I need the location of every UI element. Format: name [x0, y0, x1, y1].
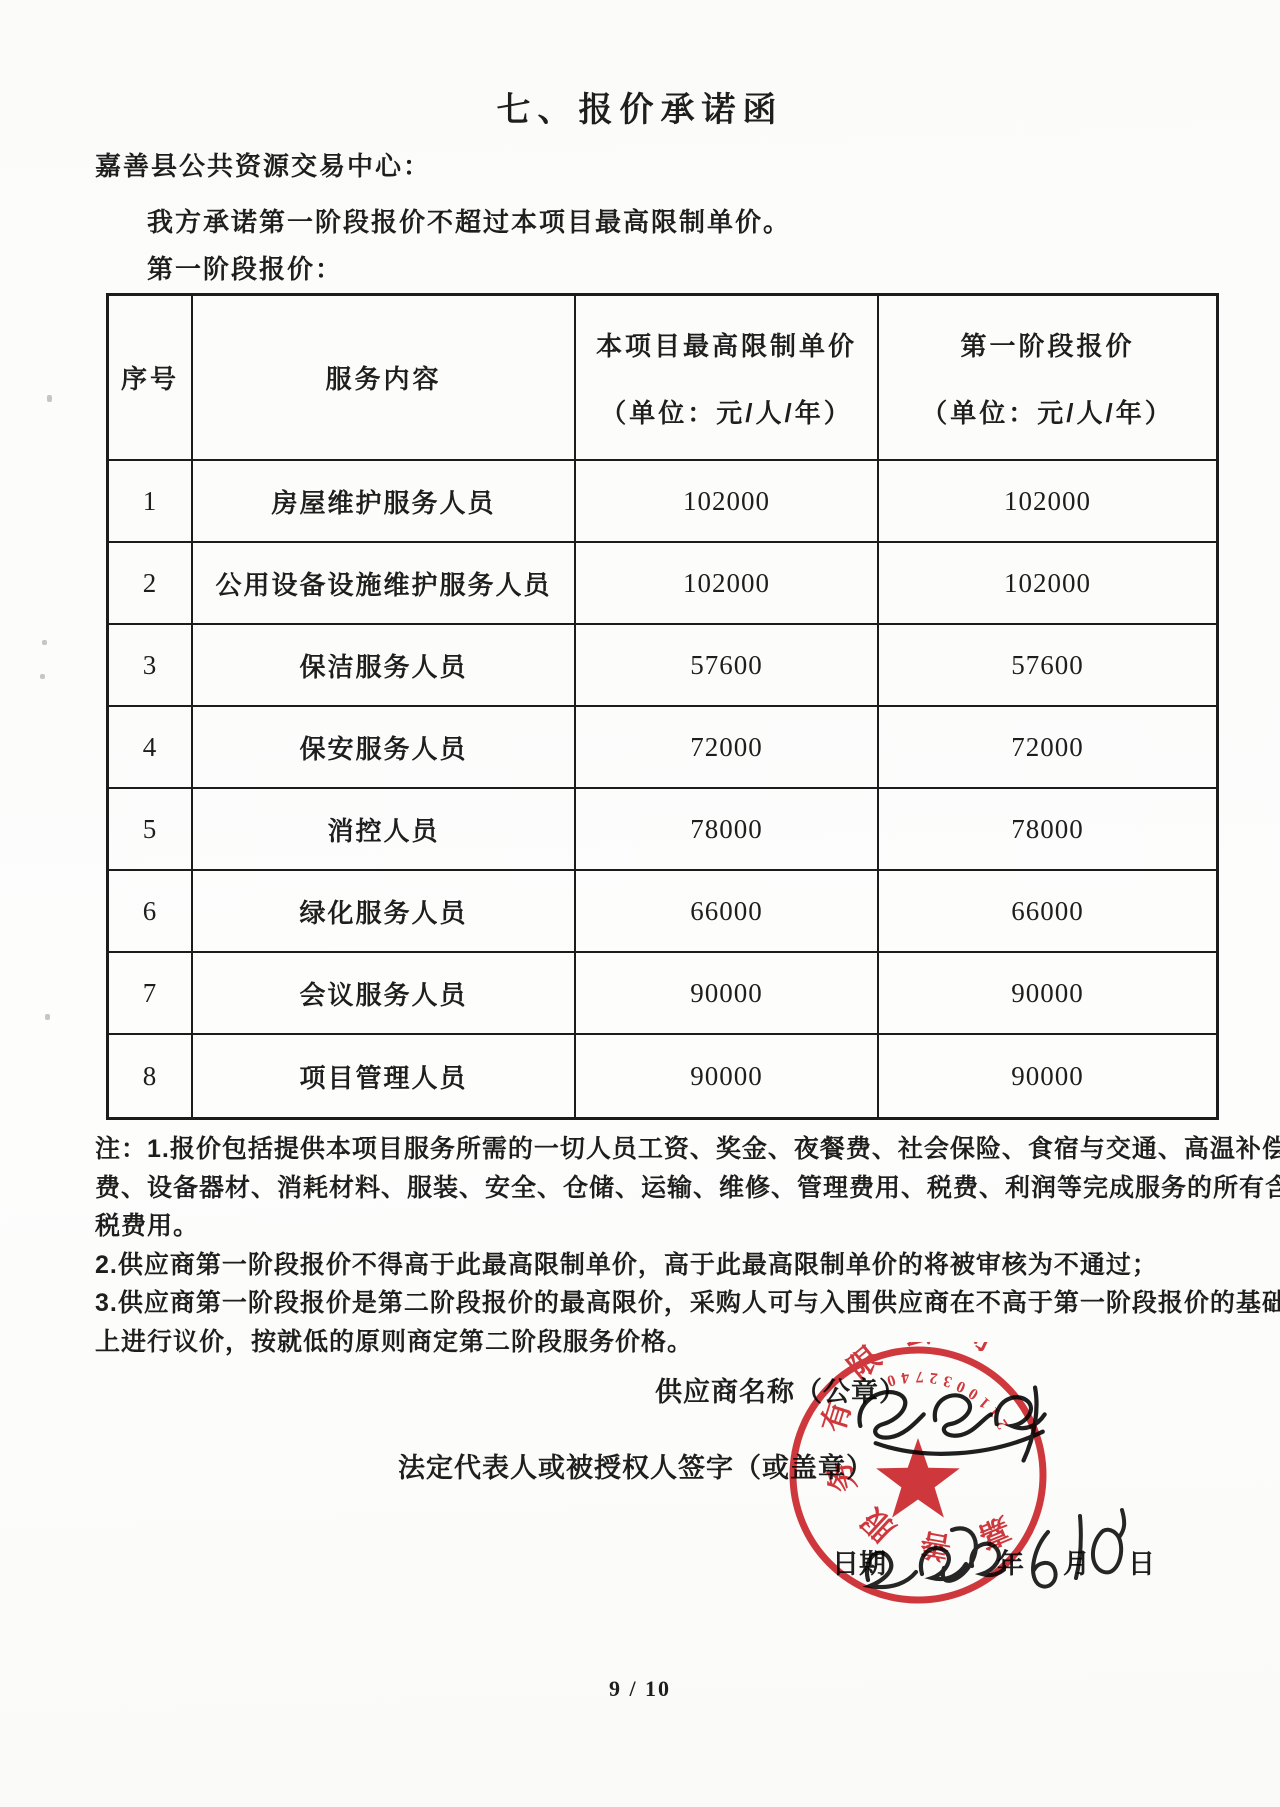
note-line: 注：1.报价包括提供本项目服务所需的一切人员工资、奖金、夜餐费、社会保险、食宿与… — [95, 1130, 1199, 1169]
table-row-service: 保安服务人员 — [193, 707, 576, 789]
stage1-unit: （单位：元/人/年） — [921, 393, 1173, 430]
note-line: 税费用。 — [95, 1207, 1199, 1246]
scan-speck — [40, 674, 45, 679]
table-row-max: 102000 — [576, 461, 879, 543]
table-row-stage1: 90000 — [879, 1035, 1216, 1117]
table-row-max: 57600 — [576, 625, 879, 707]
table-row-service: 项目管理人员 — [193, 1035, 576, 1117]
table-row-service: 保洁服务人员 — [193, 625, 576, 707]
stage1-title: 第一阶段报价 — [960, 326, 1134, 363]
table-row-service: 会议服务人员 — [193, 953, 576, 1035]
handwritten-month — [1022, 1524, 1062, 1594]
table-row-stage1: 72000 — [879, 707, 1216, 789]
table-row-service: 公用设备设施维护服务人员 — [193, 543, 576, 625]
note-line: 2.供应商第一阶段报价不得高于此最高限制单价，高于此最高限制单价的将被审核为不通… — [95, 1246, 1199, 1285]
page-number: 9 / 10 — [0, 1676, 1280, 1702]
table-row-no: 8 — [109, 1035, 193, 1117]
col-header-max-price: 本项目最高限制单价 （单位：元/人/年） — [576, 296, 879, 461]
price-table: 序号 服务内容 本项目最高限制单价 （单位：元/人/年） 第一阶段报价 （单位：… — [106, 293, 1219, 1120]
table-row-service: 房屋维护服务人员 — [193, 461, 576, 543]
table-row-stage1: 66000 — [879, 871, 1216, 953]
salutation-line: 嘉善县公共资源交易中心： — [95, 146, 431, 183]
table-row-stage1: 102000 — [879, 461, 1216, 543]
table-row-service: 消控人员 — [193, 789, 576, 871]
stage-price-label: 第一阶段报价： — [147, 249, 343, 286]
max-price-unit: （单位：元/人/年） — [600, 393, 852, 430]
table-row-max: 90000 — [576, 953, 879, 1035]
table-row-max: 78000 — [576, 789, 879, 871]
table-row-stage1: 90000 — [879, 953, 1216, 1035]
notes-block: 注：1.报价包括提供本项目服务所需的一切人员工资、奖金、夜餐费、社会保险、食宿与… — [95, 1130, 1199, 1361]
note-line: 3.供应商第一阶段报价是第二阶段报价的最高限价，采购人可与入围供应商在不高于第一… — [95, 1284, 1199, 1323]
handwritten-day — [1064, 1500, 1134, 1584]
document-page: 七、报价承诺函 嘉善县公共资源交易中心： 我方承诺第一阶段报价不超过本项目最高限… — [0, 0, 1280, 1807]
col-header-service: 服务内容 — [193, 296, 576, 461]
note-line: 费、设备器材、消耗材料、服装、安全、仓储、运输、维修、管理费用、税费、利润等完成… — [95, 1169, 1199, 1208]
table-row-stage1: 57600 — [879, 625, 1216, 707]
col-header-stage1: 第一阶段报价 （单位：元/人/年） — [879, 296, 1216, 461]
table-row-max: 90000 — [576, 1035, 879, 1117]
table-row-service: 绿化服务人员 — [193, 871, 576, 953]
table-row-max: 66000 — [576, 871, 879, 953]
table-row-no: 6 — [109, 871, 193, 953]
handwritten-year — [856, 1516, 1006, 1608]
table-row-max: 102000 — [576, 543, 879, 625]
table-row-no: 5 — [109, 789, 193, 871]
table-row-no: 3 — [109, 625, 193, 707]
table-row-no: 4 — [109, 707, 193, 789]
table-row-no: 1 — [109, 461, 193, 543]
commitment-line: 我方承诺第一阶段报价不超过本项目最高限制单价。 — [147, 202, 791, 239]
table-row-stage1: 78000 — [879, 789, 1216, 871]
max-price-title: 本项目最高限制单价 — [596, 326, 857, 363]
scan-speck — [47, 395, 52, 402]
table-row-max: 72000 — [576, 707, 879, 789]
scan-speck — [45, 1014, 50, 1020]
table-row-stage1: 102000 — [879, 543, 1216, 625]
table-row-no: 2 — [109, 543, 193, 625]
col-header-no: 序号 — [109, 296, 193, 461]
page-title: 七、报价承诺函 — [0, 82, 1280, 131]
handwritten-signature — [845, 1376, 1060, 1472]
scan-speck — [42, 640, 47, 645]
table-row-no: 7 — [109, 953, 193, 1035]
